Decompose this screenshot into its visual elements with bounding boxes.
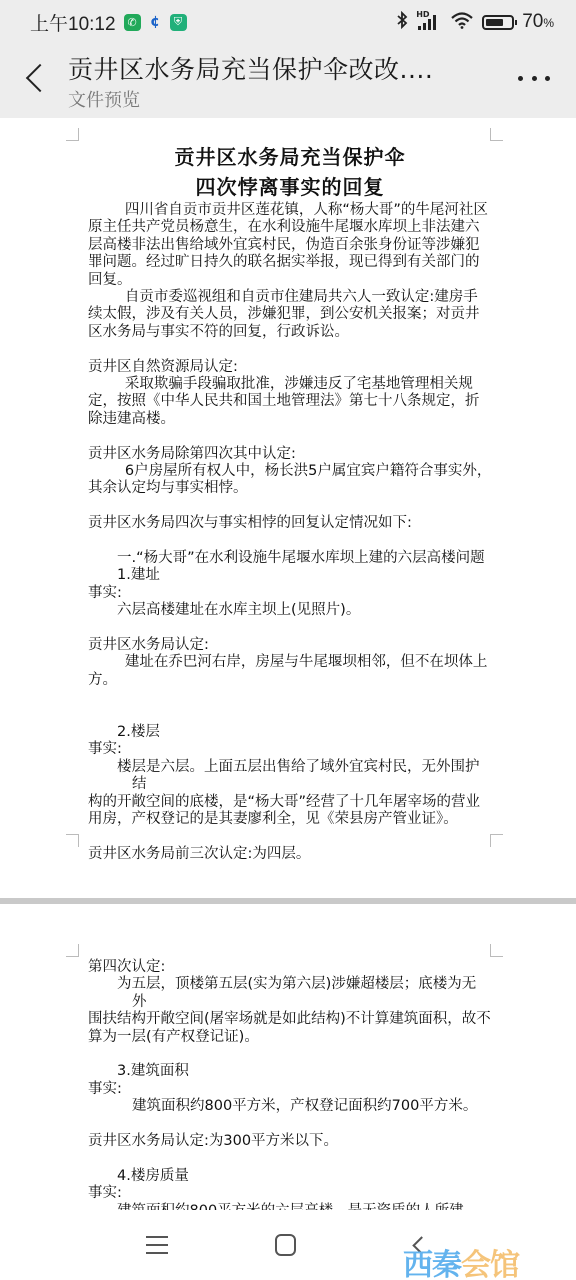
wifi-icon	[450, 11, 474, 33]
header-subtitle: 文件预览	[68, 86, 140, 112]
page-corner-mark	[66, 834, 79, 847]
page-corner-mark	[66, 944, 79, 957]
blank-line	[88, 829, 492, 846]
battery-icon	[482, 15, 514, 30]
blank-line	[88, 1116, 492, 1133]
paragraph: 贡井区水务局认定:为300平方米以下。	[88, 1133, 492, 1150]
blank-line	[88, 533, 492, 550]
paragraph: 自贡市委巡视组和自贡市住建局共六人一致认定:建房手续太假，涉及有关人员，涉嫌犯罪…	[88, 289, 492, 341]
bluetooth-icon	[396, 11, 408, 33]
page-corner-mark	[490, 128, 503, 141]
clock: 上午10:12	[30, 9, 116, 36]
document-title: 贡井区水务局充当保护伞改改....	[68, 50, 433, 86]
paragraph: 六层高楼建址在水库主坝上(见照片)。	[88, 602, 492, 619]
paragraph: 贡井区水务局四次与事实相悖的回复认定情况如下:	[88, 515, 492, 532]
document-page-2: 第四次认定:为五层，顶楼第五层(实为第六层)涉嫌超楼层；底楼为无外围扶结构开敞空…	[0, 904, 576, 1210]
home-icon[interactable]	[275, 1234, 296, 1256]
status-bar-right: HD 70%	[396, 11, 554, 33]
page-2-body: 第四次认定:为五层，顶楼第五层(实为第六层)涉嫌超楼层；底楼为无外围扶结构开敞空…	[88, 959, 492, 1210]
page-corner-mark	[490, 944, 503, 957]
page-1-body: 四川省自贡市贡井区莲花镇，人称“杨大哥”的牛尾河社区原主任共产党员杨意生，在水利…	[88, 202, 492, 863]
battery-percent: 70%	[522, 11, 554, 33]
paragraph: 贡井区水务局前三次认定:为四层。	[88, 846, 492, 863]
document-page-1: 贡井区水务局充当保护伞 四次悖离事实的回复 四川省自贡市贡井区莲花镇，人称“杨大…	[0, 118, 576, 898]
paragraph: 事实:	[88, 585, 492, 602]
paragraph: 构的开敞空间的底楼，是“杨大哥”经营了十几年屠宰场的营业用房，产权登记的是其妻廖…	[88, 794, 492, 829]
more-options-button[interactable]	[514, 64, 554, 92]
document-heading-line-1: 贡井区水务局充当保护伞	[88, 142, 492, 172]
blank-line	[88, 1150, 492, 1167]
status-bar-left: 上午10:12 ✆ ¢ ⛨	[30, 9, 187, 36]
page-2-content: 第四次认定:为五层，顶楼第五层(实为第六层)涉嫌超楼层；底楼为无外围扶结构开敞空…	[88, 959, 492, 1210]
phone-app-icon: ✆	[124, 14, 141, 31]
paragraph: 事实:	[88, 1081, 492, 1098]
paragraph: 6户房屋所有权人中，杨长洪5户属宜宾户籍符合事实外，其余认定均与事实相悖。	[88, 463, 492, 498]
paragraph: 四川省自贡市贡井区莲花镇，人称“杨大哥”的牛尾河社区原主任共产党员杨意生，在水利…	[88, 202, 492, 289]
watermark-logo: 西秦会馆	[403, 1240, 519, 1280]
paragraph: 2.楼层	[88, 724, 492, 741]
more-dot-icon	[518, 76, 523, 81]
more-dot-icon	[545, 76, 550, 81]
paragraph: 贡井区水务局认定:	[88, 637, 492, 654]
blank-line	[88, 707, 492, 724]
paragraph: 1.建址	[88, 567, 492, 584]
page-1-content: 贡井区水务局充当保护伞 四次悖离事实的回复 四川省自贡市贡井区莲花镇，人称“杨大…	[88, 142, 492, 863]
paragraph: 建筑面积约800平方米，产权登记面积约700平方米。	[88, 1098, 492, 1115]
paragraph: 第四次认定:	[88, 959, 492, 976]
paragraph: 围扶结构开敞空间(屠宰场就是如此结构)不计算建筑面积，故不算为一层(有产权登记证…	[88, 1011, 492, 1046]
paragraph: 4.楼房质量	[88, 1168, 492, 1185]
hd-signal-icon: HD	[416, 13, 442, 31]
paragraph: 贡井区水务局除第四次其中认定:	[88, 446, 492, 463]
document-viewer[interactable]: 贡井区水务局充当保护伞 四次悖离事实的回复 四川省自贡市贡井区莲花镇，人称“杨大…	[0, 118, 576, 1210]
bank-app-icon: ¢	[147, 14, 164, 31]
menu-icon[interactable]	[146, 1236, 168, 1254]
paragraph: 一.“杨大哥”在水利设施牛尾堰水库坝上建的六层高楼问题	[88, 550, 492, 567]
document-heading-line-2: 四次悖离事实的回复	[88, 172, 492, 202]
blank-line	[88, 341, 492, 358]
blank-line	[88, 620, 492, 637]
paragraph: 建址在乔巴河右岸，房屋与牛尾堰坝相邻，但不在坝体上方。	[88, 654, 492, 689]
status-bar: 上午10:12 ✆ ¢ ⛨ HD 70%	[0, 0, 576, 44]
paragraph: 事实:	[88, 1185, 492, 1202]
paragraph: 建筑面积约800平方米的六层高楼，是无资质的人所建。	[88, 1203, 492, 1210]
blank-line	[88, 1046, 492, 1063]
app-header: 贡井区水务局充当保护伞改改.... 文件预览	[0, 44, 576, 118]
blank-line	[88, 498, 492, 515]
paragraph: 贡井区自然资源局认定:	[88, 359, 492, 376]
paragraph: 3.建筑面积	[88, 1063, 492, 1080]
paragraph: 结	[88, 776, 492, 793]
more-dot-icon	[532, 76, 537, 81]
back-button[interactable]	[18, 58, 52, 98]
page-corner-mark	[66, 128, 79, 141]
paragraph: 外	[88, 994, 492, 1011]
paragraph: 楼层是六层。上面五层出售给了域外宜宾村民，无外围护	[88, 759, 492, 776]
blank-line	[88, 689, 492, 706]
paragraph: 采取欺骗手段骗取批准，涉嫌违反了宅基地管理相关规定，按照《中华人民共和国土地管理…	[88, 376, 492, 428]
blank-line	[88, 428, 492, 445]
paragraph: 为五层，顶楼第五层(实为第六层)涉嫌超楼层；底楼为无	[88, 976, 492, 993]
shield-app-icon: ⛨	[170, 14, 187, 31]
paragraph: 事实:	[88, 741, 492, 758]
